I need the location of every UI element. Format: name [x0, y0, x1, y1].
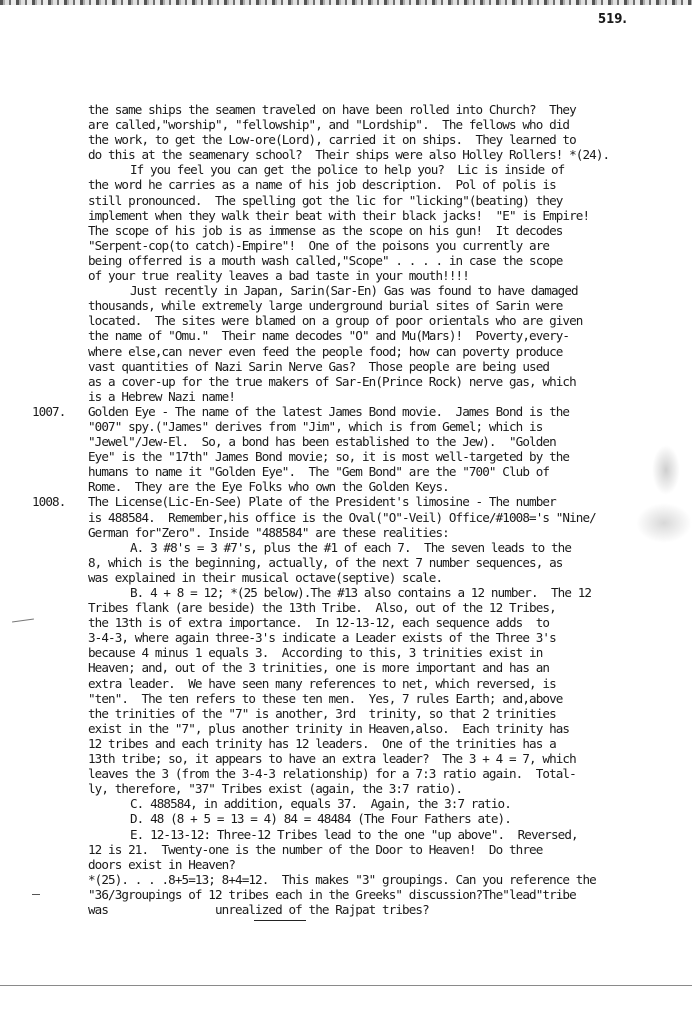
subitem-a: A. 3 #8's = 3 #7's, plus the #1 of each …	[88, 540, 678, 585]
subitem-b: B. 4 + 8 = 12; *(25 below).The #13 also …	[88, 585, 678, 796]
margin-pen-mark	[12, 618, 34, 622]
text-line: the trinities of the "7" is another, 3rd…	[88, 706, 678, 721]
text-line: located. The sites were blamed on a grou…	[88, 313, 678, 328]
text-line: is 488584. Remember,his office is the Ov…	[88, 510, 678, 525]
text-line: A. 3 #8's = 3 #7's, plus the #1 of each …	[88, 540, 678, 555]
text-line: Tribes flank (are beside) the 13th Tribe…	[88, 600, 678, 615]
text-line: because 4 minus 1 equals 3. According to…	[88, 645, 678, 660]
text-line: was unrealized of the Rajpat tribes?	[88, 902, 678, 917]
text-line: was explained in their musical octave(se…	[88, 570, 678, 585]
text-line: C. 488584, in addition, equals 37. Again…	[88, 796, 678, 811]
text-line: The License(Lic-En-See) Plate of the Pre…	[88, 494, 678, 509]
text: 3 #8's = 3 #7's, plus the #1 of each 7. …	[150, 540, 571, 555]
text-line: extra leader. We have seen many referenc…	[88, 676, 678, 691]
text-line: If you feel you can get the police to he…	[88, 162, 678, 177]
text-line: as a cover-up for the true makers of Sar…	[88, 374, 678, 389]
text-line: 12 is 21. Twenty-one is the number of th…	[88, 842, 678, 857]
text-line: "36/3groupings of 12 tribes each in the …	[88, 887, 678, 902]
text-line: leaves the 3 (from the 3-4-3 relationshi…	[88, 766, 678, 781]
text-line: B. 4 + 8 = 12; *(25 below).The #13 also …	[88, 585, 678, 600]
paragraph-sarin: Just recently in Japan, Sarin(Sar-En) Ga…	[88, 283, 678, 404]
text-line: D. 48 (8 + 5 = 13 = 4) 84 = 48484 (The F…	[88, 811, 678, 826]
item-number: 1008.	[32, 494, 65, 509]
subitem-label: C.	[130, 796, 143, 811]
footnote-25: *(25). . . .8+5=13; 8+4=12. This makes "…	[88, 872, 678, 917]
page-number: 519.	[598, 12, 627, 27]
text-line: where else,can never even feed the peopl…	[88, 344, 678, 359]
text-line: The scope of his job is as immense as th…	[88, 223, 678, 238]
text: 488584, in addition, equals 37. Again, t…	[150, 796, 511, 811]
text-line: Heaven; and, out of the 3 trinities, one…	[88, 660, 678, 675]
subitem-label: E.	[130, 827, 143, 842]
text-line: "007" spy.("James" derives from "Jim", w…	[88, 419, 678, 434]
text-line: the 13th is of extra importance. In 12-1…	[88, 615, 678, 630]
handwritten-underline	[254, 920, 306, 921]
text-line: do this at the seamenary school? Their s…	[88, 147, 678, 162]
text-line: E. 12-13-12: Three-12 Tribes lead to the…	[88, 827, 678, 842]
text-line: the word he carries as a name of his job…	[88, 177, 678, 192]
text-line: 12 tribes and each trinity has 12 leader…	[88, 736, 678, 751]
paragraph-police: If you feel you can get the police to he…	[88, 162, 678, 283]
scan-smudge	[636, 503, 692, 543]
text-line: exist in the "7", plus another trinity i…	[88, 721, 678, 736]
text-line: Eye" is the "17th" James Bond movie; so,…	[88, 449, 678, 464]
text-line: 3-4-3, where again three-3's indicate a …	[88, 630, 678, 645]
text-line: Golden Eye - The name of the latest Jame…	[88, 404, 678, 419]
text: 4 + 8 = 12; *(25 below).The #13 also con…	[150, 585, 591, 600]
text-line: 13th tribe; so, it appears to have an ex…	[88, 751, 678, 766]
text-line: the work, to get the Low-ore(Lord), carr…	[88, 132, 678, 147]
item-1008: 1008. The License(Lic-En-See) Plate of t…	[88, 494, 678, 871]
text-line: is a Hebrew Nazi name!	[88, 389, 678, 404]
text: 12-13-12: Three-12 Tribes lead to the on…	[150, 827, 578, 842]
page-bottom-rule	[0, 985, 692, 986]
scan-edge-artifact	[0, 0, 692, 5]
document-body: the same ships the seamen traveled on ha…	[88, 102, 678, 917]
scan-smudge	[652, 445, 680, 495]
text-line: are called,"worship", "fellowship", and …	[88, 117, 678, 132]
item-1007: 1007. Golden Eye - The name of the lates…	[88, 404, 678, 495]
paragraph-ships: the same ships the seamen traveled on ha…	[88, 102, 678, 162]
subitem-label: D.	[130, 811, 143, 826]
text-line: "ten". The ten refers to these ten men. …	[88, 691, 678, 706]
text-line: the name of "Omu." Their name decodes "O…	[88, 328, 678, 343]
text-line: Rome. They are the Eye Folks who own the…	[88, 479, 678, 494]
text-line: 8, which is the beginning, actually, of …	[88, 555, 678, 570]
text: 48 (8 + 5 = 13 = 4) 84 = 48484 (The Four…	[150, 811, 511, 826]
text-line: vast quantities of Nazi Sarin Nerve Gas?…	[88, 359, 678, 374]
subitem-e: E. 12-13-12: Three-12 Tribes lead to the…	[88, 827, 678, 872]
subitem-c: C. 488584, in addition, equals 37. Again…	[88, 796, 678, 811]
text-line: Just recently in Japan, Sarin(Sar-En) Ga…	[88, 283, 678, 298]
text-line: being offerred is a mouth wash called,"S…	[88, 253, 678, 268]
subitem-label: A.	[130, 540, 143, 555]
text-line: "Serpent-cop(to catch)-Empire"! One of t…	[88, 238, 678, 253]
subitem-d: D. 48 (8 + 5 = 13 = 4) 84 = 48484 (The F…	[88, 811, 678, 826]
text-line: humans to name it "Golden Eye". The "Gem…	[88, 464, 678, 479]
text-line: still pronounced. The spelling got the l…	[88, 193, 678, 208]
text-line: thousands, while extremely large undergr…	[88, 298, 678, 313]
text-line: German for"Zero". Inside "488584" are th…	[88, 525, 678, 540]
text-line: implement when they walk their beat with…	[88, 208, 678, 223]
item-number: 1007.	[32, 404, 65, 419]
subitem-label: B.	[130, 585, 143, 600]
text-line: doors exist in Heaven?	[88, 857, 678, 872]
margin-pen-mark	[32, 894, 40, 895]
text-line: of your true reality leaves a bad taste …	[88, 268, 678, 283]
text-line: *(25). . . .8+5=13; 8+4=12. This makes "…	[88, 872, 678, 887]
text-line: the same ships the seamen traveled on ha…	[88, 102, 678, 117]
text-line: ly, therefore, "37" Tribes exist (again,…	[88, 781, 678, 796]
text-line: "Jewel"/Jew-El. So, a bond has been esta…	[88, 434, 678, 449]
